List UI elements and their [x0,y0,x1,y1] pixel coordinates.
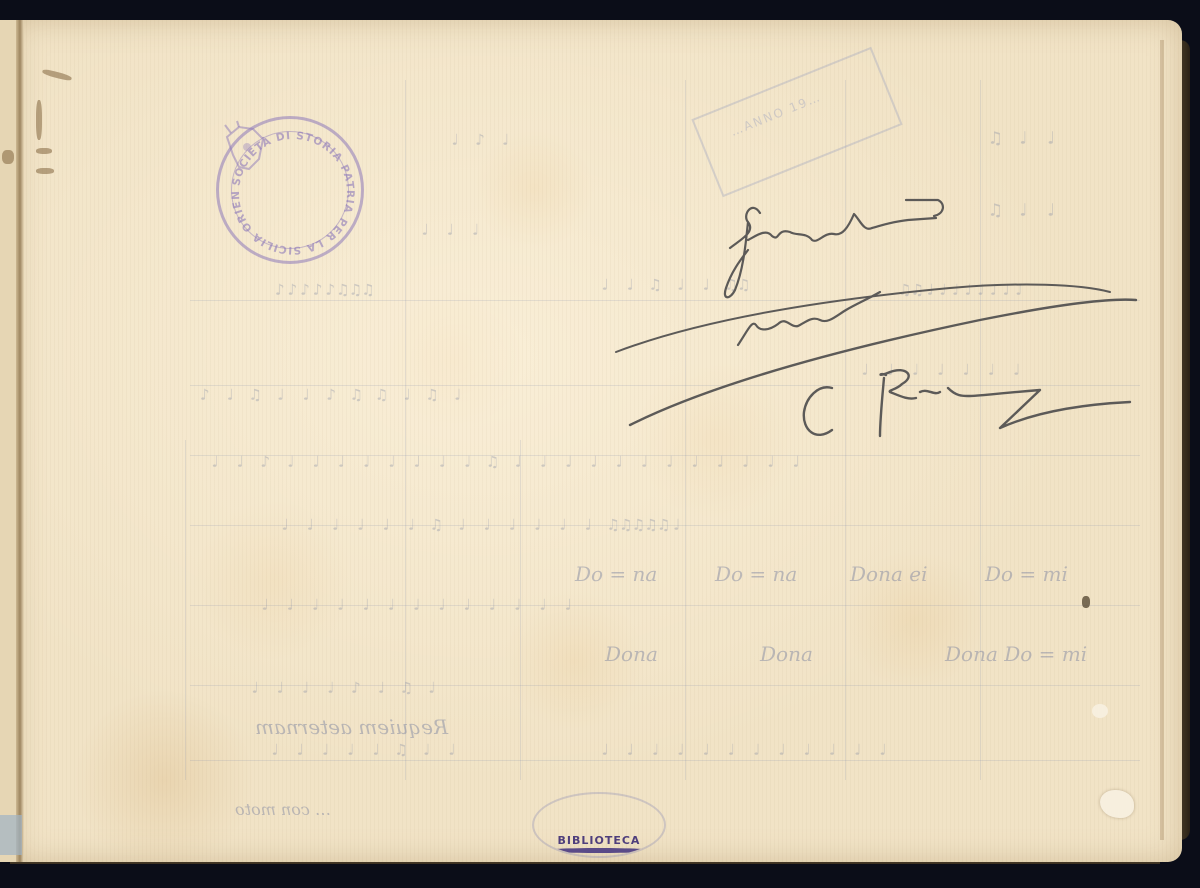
bleed-notes: ♪ ♩ ♫ ♩ ♩ ♪ ♫ ♫ ♩ ♫ ♩ [200,385,465,404]
stamp-band [544,848,654,853]
facing-page-stub [0,20,16,862]
bleed-notes: ♩ ♩ ♩ [420,220,483,239]
bleed-lyric: Requiem aeternam [255,715,448,739]
bleed-notes: ♫ ♩ ♩ [990,128,1059,149]
bleed-lyric: Dona [605,642,658,666]
paper-repair-patch [1092,704,1108,718]
bleed-bar-line [405,80,406,780]
bleed-notes: ♩ ♪ ♩ [450,130,513,149]
bleed-bar-line [185,440,186,780]
binding-spine [16,20,24,862]
blue-paper-fragment [0,815,22,855]
bleed-notes: ♩ ♩ ♩ ♩ ♩ ♩ ♫ ♩ ♩ ♩ ♩ ♩ ♩ ♫♫♫♫♫♩ [280,515,684,534]
bleed-lyric: Do = na [715,562,797,586]
bleed-staff-line [190,300,1140,301]
bleed-notes: ♩ ♩ ♩ ♩ ♪ ♩ ♫ ♩ [250,678,440,697]
bleed-notes: ♫ ♩ ♩ [990,200,1059,221]
bleed-notes: ♩ ♩ ♪ ♩ ♩ ♩ ♩ ♩ ♩ ♩ ♩ ♫ ♩ ♩ ♩ ♩ ♩ ♩ ♩ ♩ … [210,452,804,471]
bleed-lyric: Dona Do = mi [945,642,1087,666]
bleed-notes: ♩ ♩ ♫ ♩ ♩ ♫♫ [600,275,752,294]
glue-stain [36,148,52,154]
glue-stain [36,168,54,174]
bleed-lyric: Dona [760,642,813,666]
bleed-bar-line [685,80,686,780]
bleed-lyric: Do = na [575,562,657,586]
ink-blot [1082,596,1090,608]
bleed-notes: ♩ ♩ ♩ ♩ ♩ ♩ ♩ ♩ ♩ ♩ ♩ ♩ ♩ [260,595,576,614]
handwriting-text-3: C. Ruiz [0,0,4,1]
bleed-lyric: Dona ei [850,562,927,586]
bleed-notes: ♫♫♩♩♩♩♩♩♩♩ [900,280,1026,299]
bleed-bar-line [980,80,981,780]
eagle-emblem-icon [219,119,269,179]
bleed-notes: ♩ ♩ ♩ ♩ ♩ ♫ ♩ ♩ [270,740,460,759]
bleed-notes: ♩ ♩ ♩ ♩ ♩ ♩ ♩ ♩ ♩ ♩ ♩ ♩ [600,740,891,759]
biblioteca-oval-stamp: BIBLIOTECA [532,792,666,858]
bleed-lyric: … con moto [235,800,331,819]
bleed-staff-line [190,760,1140,761]
glue-stain [2,150,14,164]
bleed-notes: ♩ ♩ ♩ ♩ ♩ ♩ ♩ [860,360,1024,379]
society-round-stamp: SOCIETÀ DI STORIA PATRIA PER LA SICILIA … [216,116,364,264]
bleed-bar-line [845,80,846,780]
bleed-notes: ♪♪♪♪♪♫♫♫ [275,280,376,299]
bleed-lyric: Do = mi [985,562,1068,586]
biblioteca-label: BIBLIOTECA [534,834,664,847]
page-edge-shadow [1160,40,1164,840]
glue-stain [36,100,42,140]
